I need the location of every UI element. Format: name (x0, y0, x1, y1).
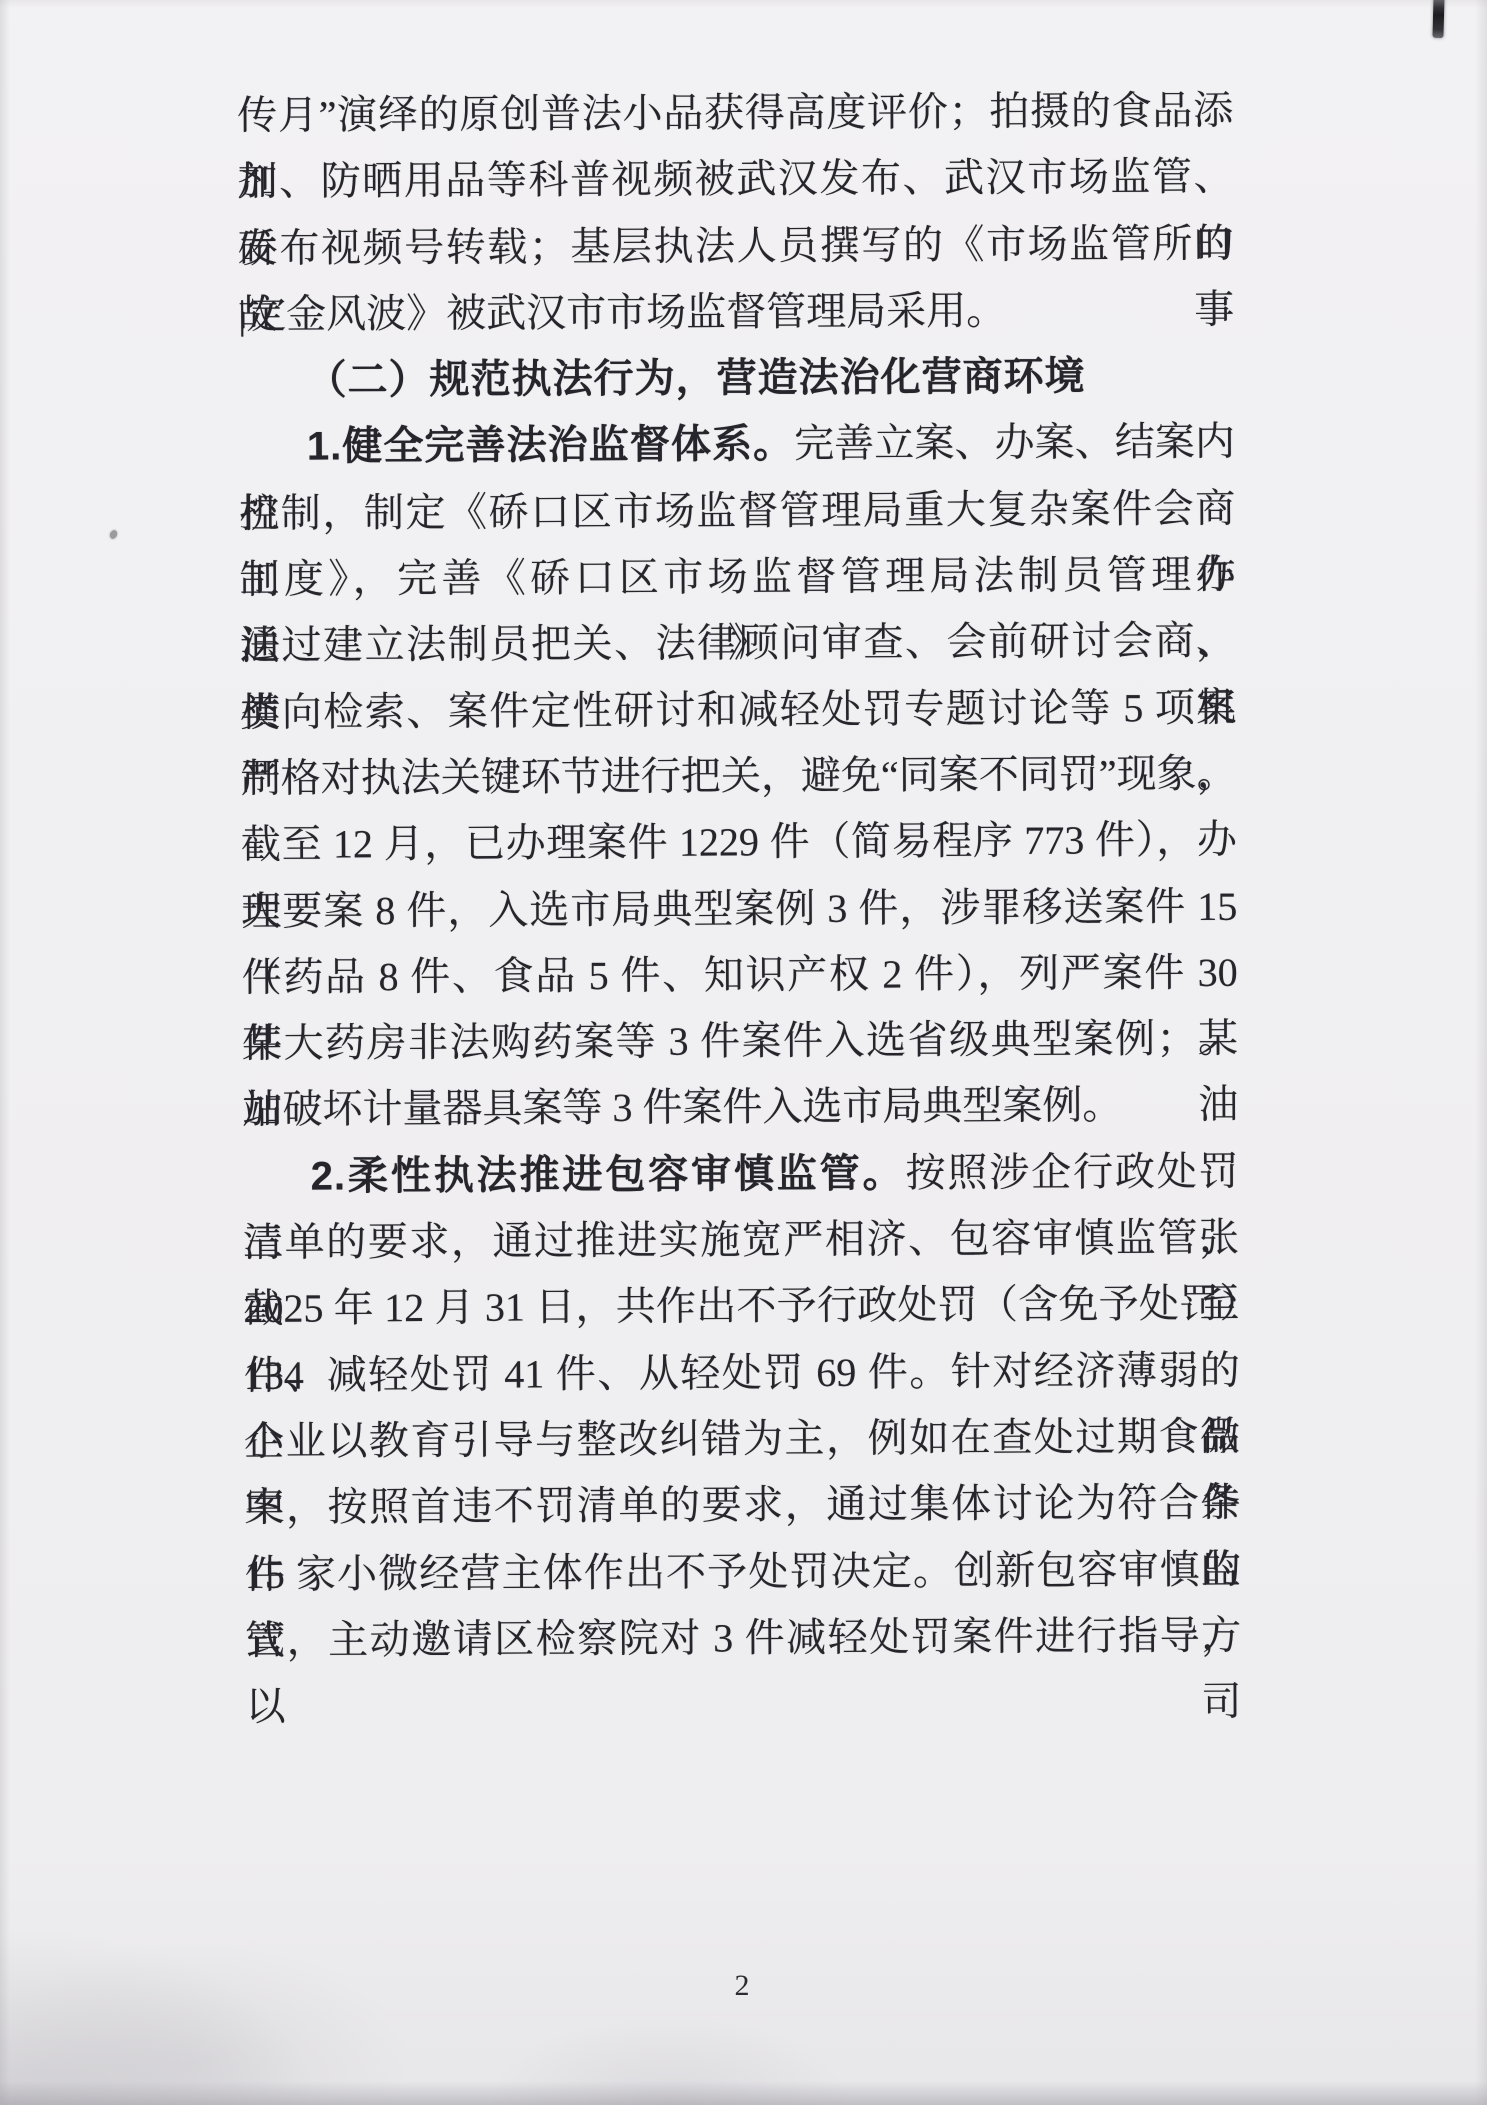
text-line: 某大药房非法购药案等 3 件案件入选省级典型案例；某加油 (242, 1006, 1238, 1078)
text-line: 制度》，完善《硚口区市场监督管理局法制员管理办法》， (239, 542, 1235, 614)
text-line: 中，按照首违不罚清单的要求，通过集体讨论为符合条件的 (244, 1470, 1240, 1542)
text-line: 剂、防晒用品等科普视频被武汉发布、武汉市场监管、硚口 (237, 144, 1233, 216)
scan-artifact-mark (1432, 0, 1444, 38)
text-line: 1.健全完善法治监督体系。完善立案、办案、结案内控 (239, 409, 1235, 481)
text-line: 通过建立法制员把关、法律顾问审查、会前研讨会商、类案 (240, 608, 1236, 680)
text-line: 站破坏计量器具案等 3 件案件入选市局典型案例。 (242, 1072, 1238, 1144)
text-line: 机制，制定《硚口区市场监督管理局重大复杂案件会商工作 (239, 476, 1235, 548)
body-text: |定金风波》被武汉市市场监督管理局采用。 (238, 288, 1006, 337)
text-line: 严格对执法关键环节进行把关，避免“同案不同罚”现象。 (240, 741, 1236, 813)
scan-speck (108, 529, 118, 540)
page-number: 2 (712, 1969, 772, 2003)
text-line: （二）规范执法行为，营造法治化营商环境 (238, 343, 1234, 415)
body-text: 严格对执法关键环节进行把关，避免“同案不同罚”现象。 (241, 751, 1237, 801)
bold-text: 2.柔性执法推进包容审慎监管。 (311, 1151, 906, 1198)
body-text: 式，主动邀请区检察院对 3 件减轻处罚案件进行指导，以司 (245, 1613, 1242, 1730)
body-text: 站破坏计量器具案等 3 件案件入选市局典型案例。 (242, 1083, 1122, 1133)
text-line: 大要案 8 件，入选市局典型案例 3 件，涉罪移送案件 15 件 (241, 873, 1237, 945)
text-line: 2.柔性执法推进包容审慎监管。按照涉企行政处罚三张 (243, 1139, 1239, 1211)
text-line: 式，主动邀请区检察院对 3 件减轻处罚案件进行指导，以司 (245, 1603, 1241, 1675)
text-line: 截至 12 月，已办理案件 1229 件（简易程序 773 件），办理 (241, 807, 1237, 879)
text-line: 2025 年 12 月 31 日，共作出不予行政处罚（含免予处罚）134 (243, 1271, 1239, 1343)
document-body: 传月”演绎的原创普法小品获得高度评价；拍摄的食品添加剂、防晒用品等科普视频被武汉… (237, 78, 1241, 1674)
text-line: 企业以教育引导与整改纠错为主，例如在查处过期食品案件 (244, 1404, 1240, 1476)
text-line: 发布视频号转载；基层执法人员撰写的《市场监管所的故事 (238, 210, 1234, 282)
text-line: 横向检索、案件定性研讨和减轻处罚专题讨论等 5 项机制， (240, 674, 1236, 746)
bold-text: （二）规范执法行为，营造法治化营商环境 (306, 355, 1085, 403)
scanned-page: 传月”演绎的原创普法小品获得高度评价；拍摄的食品添加剂、防晒用品等科普视频被武汉… (0, 0, 1487, 2105)
text-line: 件、减轻处罚 41 件、从轻处罚 69 件。针对经济薄弱的小微 (244, 1337, 1240, 1409)
bold-text: 1.健全完善法治监督体系。 (307, 423, 794, 470)
text-line: （药品 8 件、食品 5 件、知识产权 2 件），列严案件 30 件。 (242, 940, 1238, 1012)
text-line: 传月”演绎的原创普法小品获得高度评价；拍摄的食品添加 (237, 78, 1233, 150)
text-line: 清单的要求，通过推进实施宽严相济、包容审慎监管，截至 (243, 1205, 1239, 1277)
text-line: 15 家小微经营主体作出不予处罚决定。创新包容审慎监管方 (245, 1536, 1241, 1608)
